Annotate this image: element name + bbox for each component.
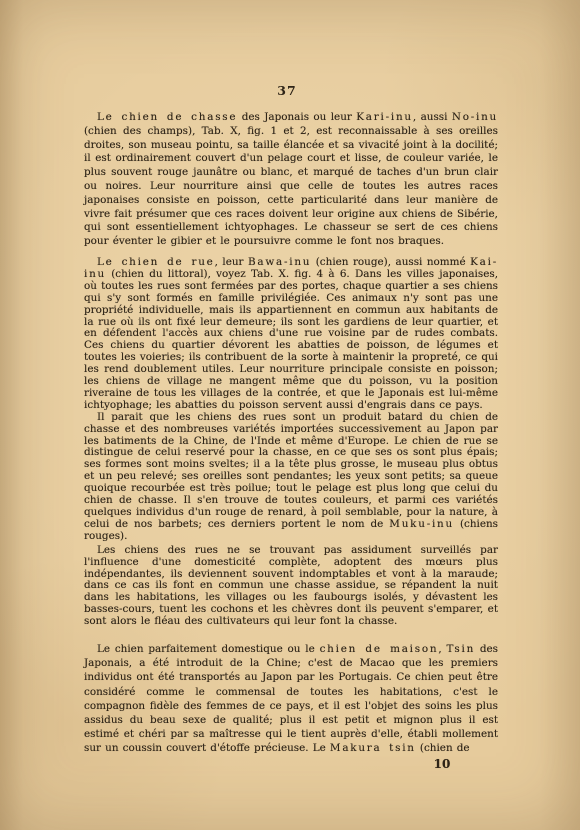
paragraph-street-dog: Le chien de rue, leur Bawa-inu (chien ro…: [84, 257, 498, 412]
scanned-book-page: { "colors": { "paper": "#e6cb9c", "ink":…: [0, 0, 580, 830]
signature-number: 10: [424, 757, 460, 771]
text-run: (chien rouge), aussi nommé: [311, 256, 470, 268]
emphasized-term: Tsin: [446, 643, 475, 655]
text-run: Les chiens des rues ne se trouvant pas a…: [84, 544, 498, 627]
text-block: Le chien de chasse des Japonais ou leur …: [84, 111, 498, 771]
text-run: , leur: [215, 256, 248, 268]
text-run: (chien des champs), Tab. X, fig. 1 et 2,…: [84, 125, 498, 247]
paragraph-street-dog-origin: Il parait que les chiens des rues sont u…: [84, 412, 498, 543]
paragraph-house-dog: Le chien parfaitement domestique ou le c…: [84, 642, 498, 756]
text-run: (chien de: [416, 742, 470, 754]
emphasized-term: Makura tsin: [330, 742, 416, 754]
text-run: des Japonais, a été introduit de la Chin…: [84, 643, 498, 754]
text-run: Le chien parfaitement domestique ou le: [97, 643, 320, 655]
page-number: 37: [84, 83, 490, 98]
emphasized-term: No-inu: [452, 111, 498, 123]
text-run: Il parait que les chiens des rues sont u…: [84, 411, 498, 530]
paragraph-feral-dogs: Les chiens des rues ne se trouvant pas a…: [84, 545, 498, 628]
emphasized-term: Le chien de chasse: [97, 111, 237, 123]
text-run: , aussi: [413, 111, 452, 123]
text-run: des Japonais ou leur: [237, 111, 356, 123]
emphasized-term: Le chien de rue: [97, 256, 215, 268]
emphasized-term: chien de maison: [320, 643, 439, 655]
text-run: (chien du littoral), voyez Tab. X. fig. …: [84, 268, 498, 411]
emphasized-term: Bawa-inu: [248, 256, 311, 268]
paragraph-hunting-dog: Le chien de chasse des Japonais ou leur …: [84, 111, 498, 249]
page-surface: 37 Le chien de chasse des Japonais ou le…: [0, 0, 580, 830]
emphasized-term: Kari-inu: [356, 111, 413, 123]
emphasized-term: Muku-inu: [389, 518, 454, 530]
